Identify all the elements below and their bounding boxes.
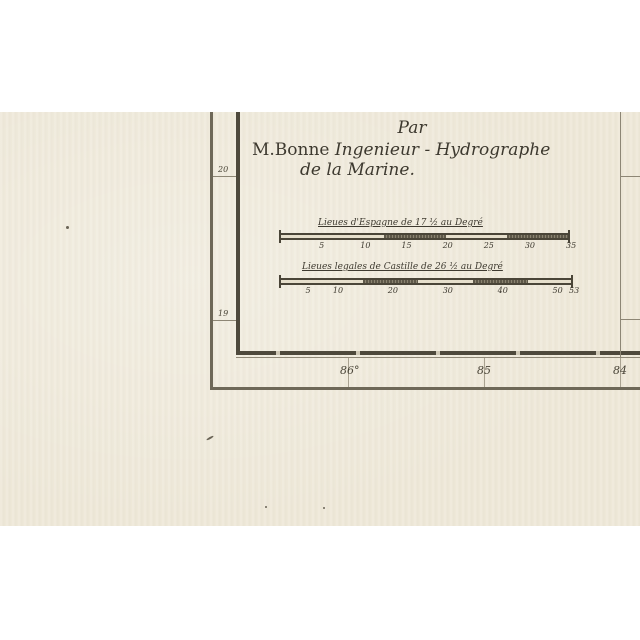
longitude-label-86: 86° xyxy=(340,364,360,377)
scale-tick-label: 25 xyxy=(484,241,494,250)
scale-2-bar xyxy=(281,278,572,285)
scale-tick-label: 50 xyxy=(553,286,563,295)
scale-tick-label: 5 xyxy=(319,241,324,250)
scale-tick-label: 20 xyxy=(388,286,398,295)
inner-frame-bottom-rule xyxy=(236,357,640,358)
scale-tick-label: 53 xyxy=(569,286,579,295)
scale-1-bar xyxy=(281,233,569,240)
latitude-tick-19 xyxy=(213,320,236,321)
scale-1-left-cap xyxy=(279,230,281,243)
author-role-line2: de la Marine. xyxy=(300,160,500,180)
scale-segment xyxy=(473,280,528,283)
scale-1-title: Lieues d'Espagne de 17 ½ au Degré xyxy=(318,218,483,228)
latitude-label-19: 19 xyxy=(218,309,228,318)
scale-tick-label: 15 xyxy=(401,241,411,250)
scale-tick-label: 5 xyxy=(305,286,310,295)
scale-tick-label: 35 xyxy=(566,241,576,250)
scale-2-title: Lieues legales de Castille de 26 ½ au De… xyxy=(302,262,503,272)
scale-tick-label: 30 xyxy=(443,286,453,295)
longitude-label-85: 85 xyxy=(477,364,491,377)
latitude-tick-right-20 xyxy=(620,176,640,177)
title-author-line: M.Bonne Ingenieur - Hydrographe xyxy=(252,140,612,160)
latitude-tick-20 xyxy=(213,176,236,177)
inner-frame-left xyxy=(236,112,240,354)
meridian-line xyxy=(620,112,621,357)
scale-2-left-cap xyxy=(279,275,281,288)
inner-frame-bottom xyxy=(236,351,640,355)
scale-tick-label: 40 xyxy=(498,286,508,295)
paper-speck xyxy=(323,507,325,509)
latitude-tick-right-19 xyxy=(620,319,640,320)
scale-tick-label: 10 xyxy=(360,241,370,250)
title-by: Par xyxy=(352,118,472,138)
latitude-label-20: 20 xyxy=(218,165,228,174)
longitude-label-84: 84 xyxy=(613,364,627,377)
outer-frame-bottom xyxy=(210,387,640,390)
paper-speck xyxy=(265,506,267,508)
scale-segment xyxy=(507,235,569,238)
scale-tick-label: 10 xyxy=(333,286,343,295)
scale-tick-label: 20 xyxy=(443,241,453,250)
scale-segment xyxy=(384,235,446,238)
scale-tick-label: 30 xyxy=(525,241,535,250)
outer-frame-left xyxy=(210,112,213,390)
author-role: Ingenieur - Hydrographe xyxy=(335,140,550,160)
scale-segment xyxy=(363,280,418,283)
paper-speck xyxy=(66,226,69,229)
author-name: M.Bonne xyxy=(252,140,330,160)
